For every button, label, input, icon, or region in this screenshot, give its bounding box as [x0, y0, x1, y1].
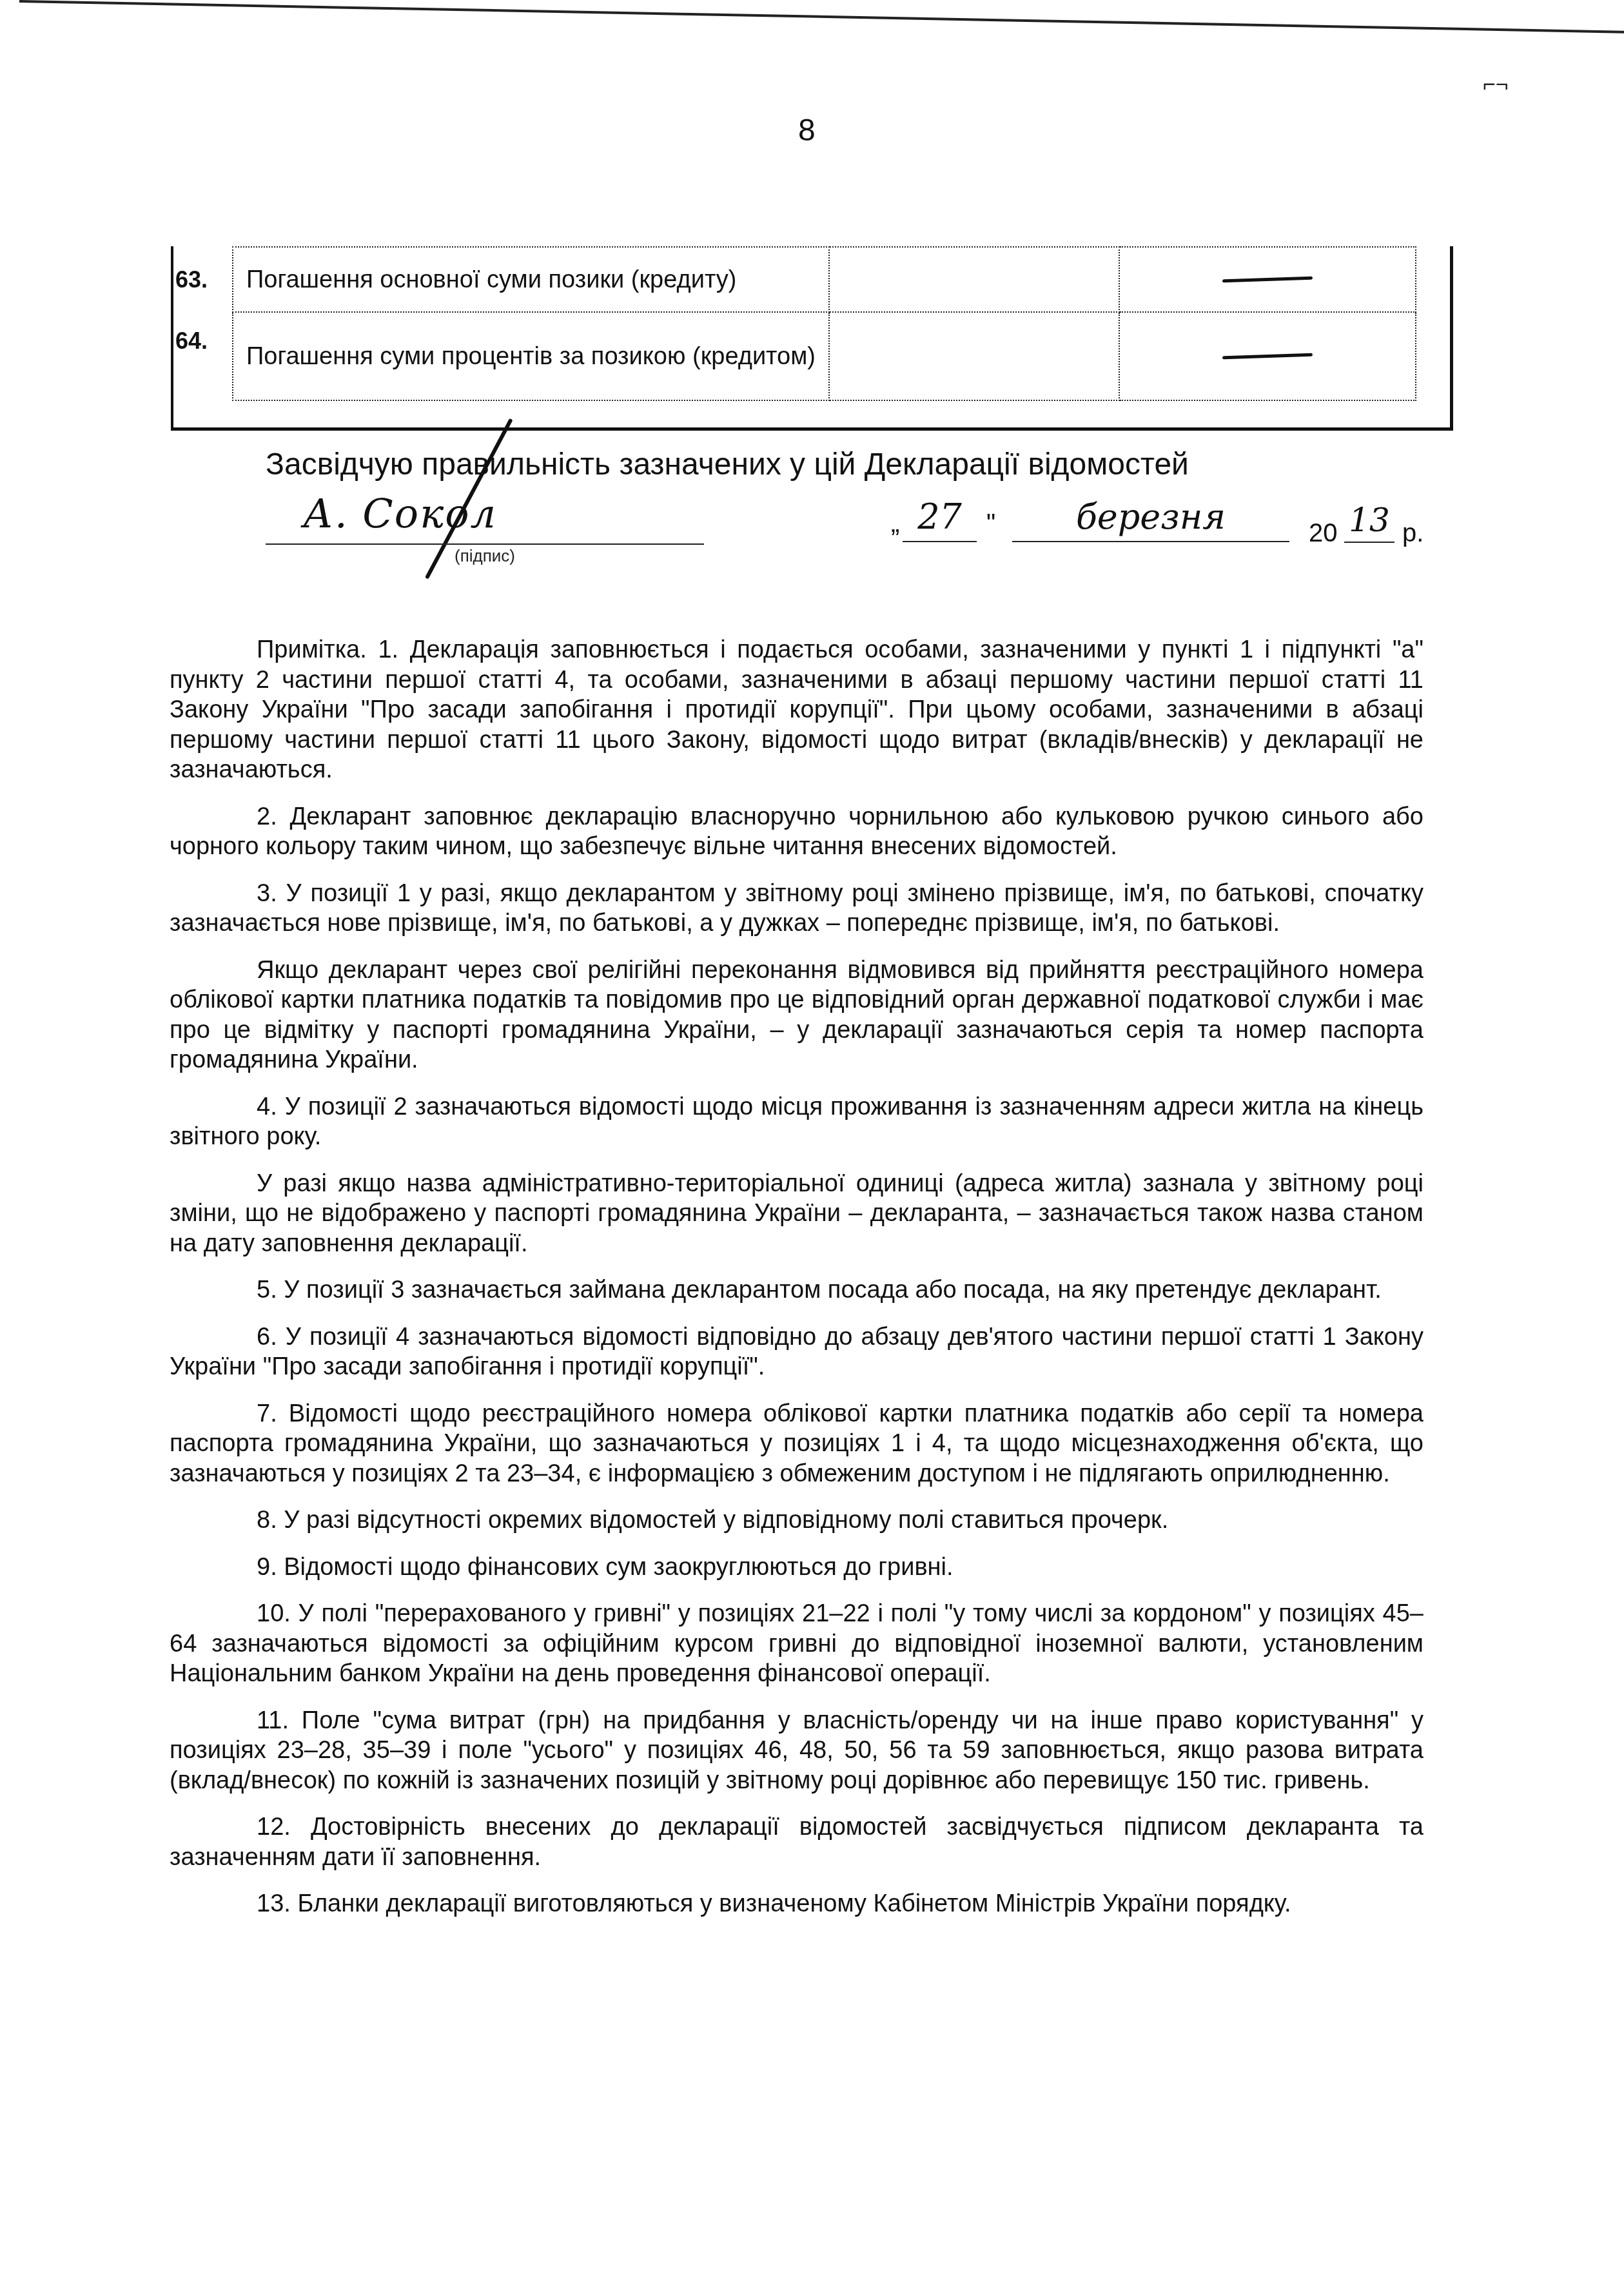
date-day: 27: [903, 496, 977, 542]
date-year-prefix: 20: [1309, 519, 1338, 548]
note-11: 11. Поле "сума витрат (грн) на придбання…: [170, 1706, 1423, 1796]
note-12: 12. Достовірність внесених до декларації…: [170, 1812, 1423, 1872]
row-number: 64.: [175, 327, 208, 355]
note-7: 7. Відомості щодо реєстраційного номера …: [170, 1399, 1423, 1489]
note-4: 4. У позиції 2 зазначаються відомості що…: [170, 1092, 1423, 1152]
date-open-quote: „: [891, 509, 899, 538]
row-label: Погашення суми процентів за позикою (кре…: [246, 343, 816, 370]
note-3-continued: Якщо декларант через свої релігійні пере…: [170, 955, 1423, 1075]
row-label-cell: 63. Погашення основної суми позики (кред…: [233, 247, 829, 312]
date-suffix: р.: [1402, 519, 1423, 548]
date-month: березня: [1012, 496, 1289, 542]
row-label-cell: 64. Погашення суми процентів за позикою …: [233, 312, 829, 400]
scan-edge-line: [19, 0, 1624, 34]
row-value-cell: [829, 312, 1119, 400]
notes-section: Примітка. 1. Декларація заповнюється і п…: [170, 635, 1423, 1936]
note-5: 5. У позиції 3 зазначається займана декл…: [170, 1275, 1423, 1306]
note-4-continued: У разі якщо назва адміністративно-терито…: [170, 1169, 1423, 1259]
row-value-cell: [829, 247, 1119, 312]
row-label: Погашення основної суми позики (кредиту): [246, 266, 736, 293]
corner-mark: ⌐¬: [1483, 72, 1509, 97]
note-8: 8. У разі відсутності окремих відомостей…: [170, 1505, 1423, 1536]
note-9: 9. Відомості щодо фінансових сум заокруг…: [170, 1552, 1423, 1583]
signature-line: [266, 543, 704, 545]
row-dash-cell: [1119, 312, 1416, 400]
table-row: 64. Погашення суми процентів за позикою …: [233, 312, 1416, 400]
certification-text: Засвідчую правильність зазначених у цій …: [266, 447, 1189, 482]
date-close-quote: ": [986, 509, 995, 538]
row-dash-cell: [1119, 247, 1416, 312]
table-row: 63. Погашення основної суми позики (кред…: [233, 247, 1416, 312]
dash-mark: [1222, 353, 1313, 360]
note-1: Примітка. 1. Декларація заповнюється і п…: [170, 635, 1423, 785]
note-13: 13. Бланки декларації виготовляються у в…: [170, 1889, 1423, 1919]
declaration-table: 63. Погашення основної суми позики (кред…: [232, 246, 1416, 401]
dash-mark: [1222, 277, 1313, 283]
page-number: 8: [798, 113, 816, 148]
note-3: 3. У позиції 1 у разі, якщо декларантом …: [170, 879, 1423, 939]
note-6: 6. У позиції 4 зазначаються відомості ві…: [170, 1322, 1423, 1382]
row-number: 63.: [175, 266, 208, 294]
note-10: 10. У полі "перерахованого у гривні" у п…: [170, 1599, 1423, 1689]
date-year: 13: [1344, 502, 1394, 543]
signature-caption: (підпис): [455, 546, 515, 566]
note-2: 2. Декларант заповнює декларацію власнор…: [170, 802, 1423, 862]
